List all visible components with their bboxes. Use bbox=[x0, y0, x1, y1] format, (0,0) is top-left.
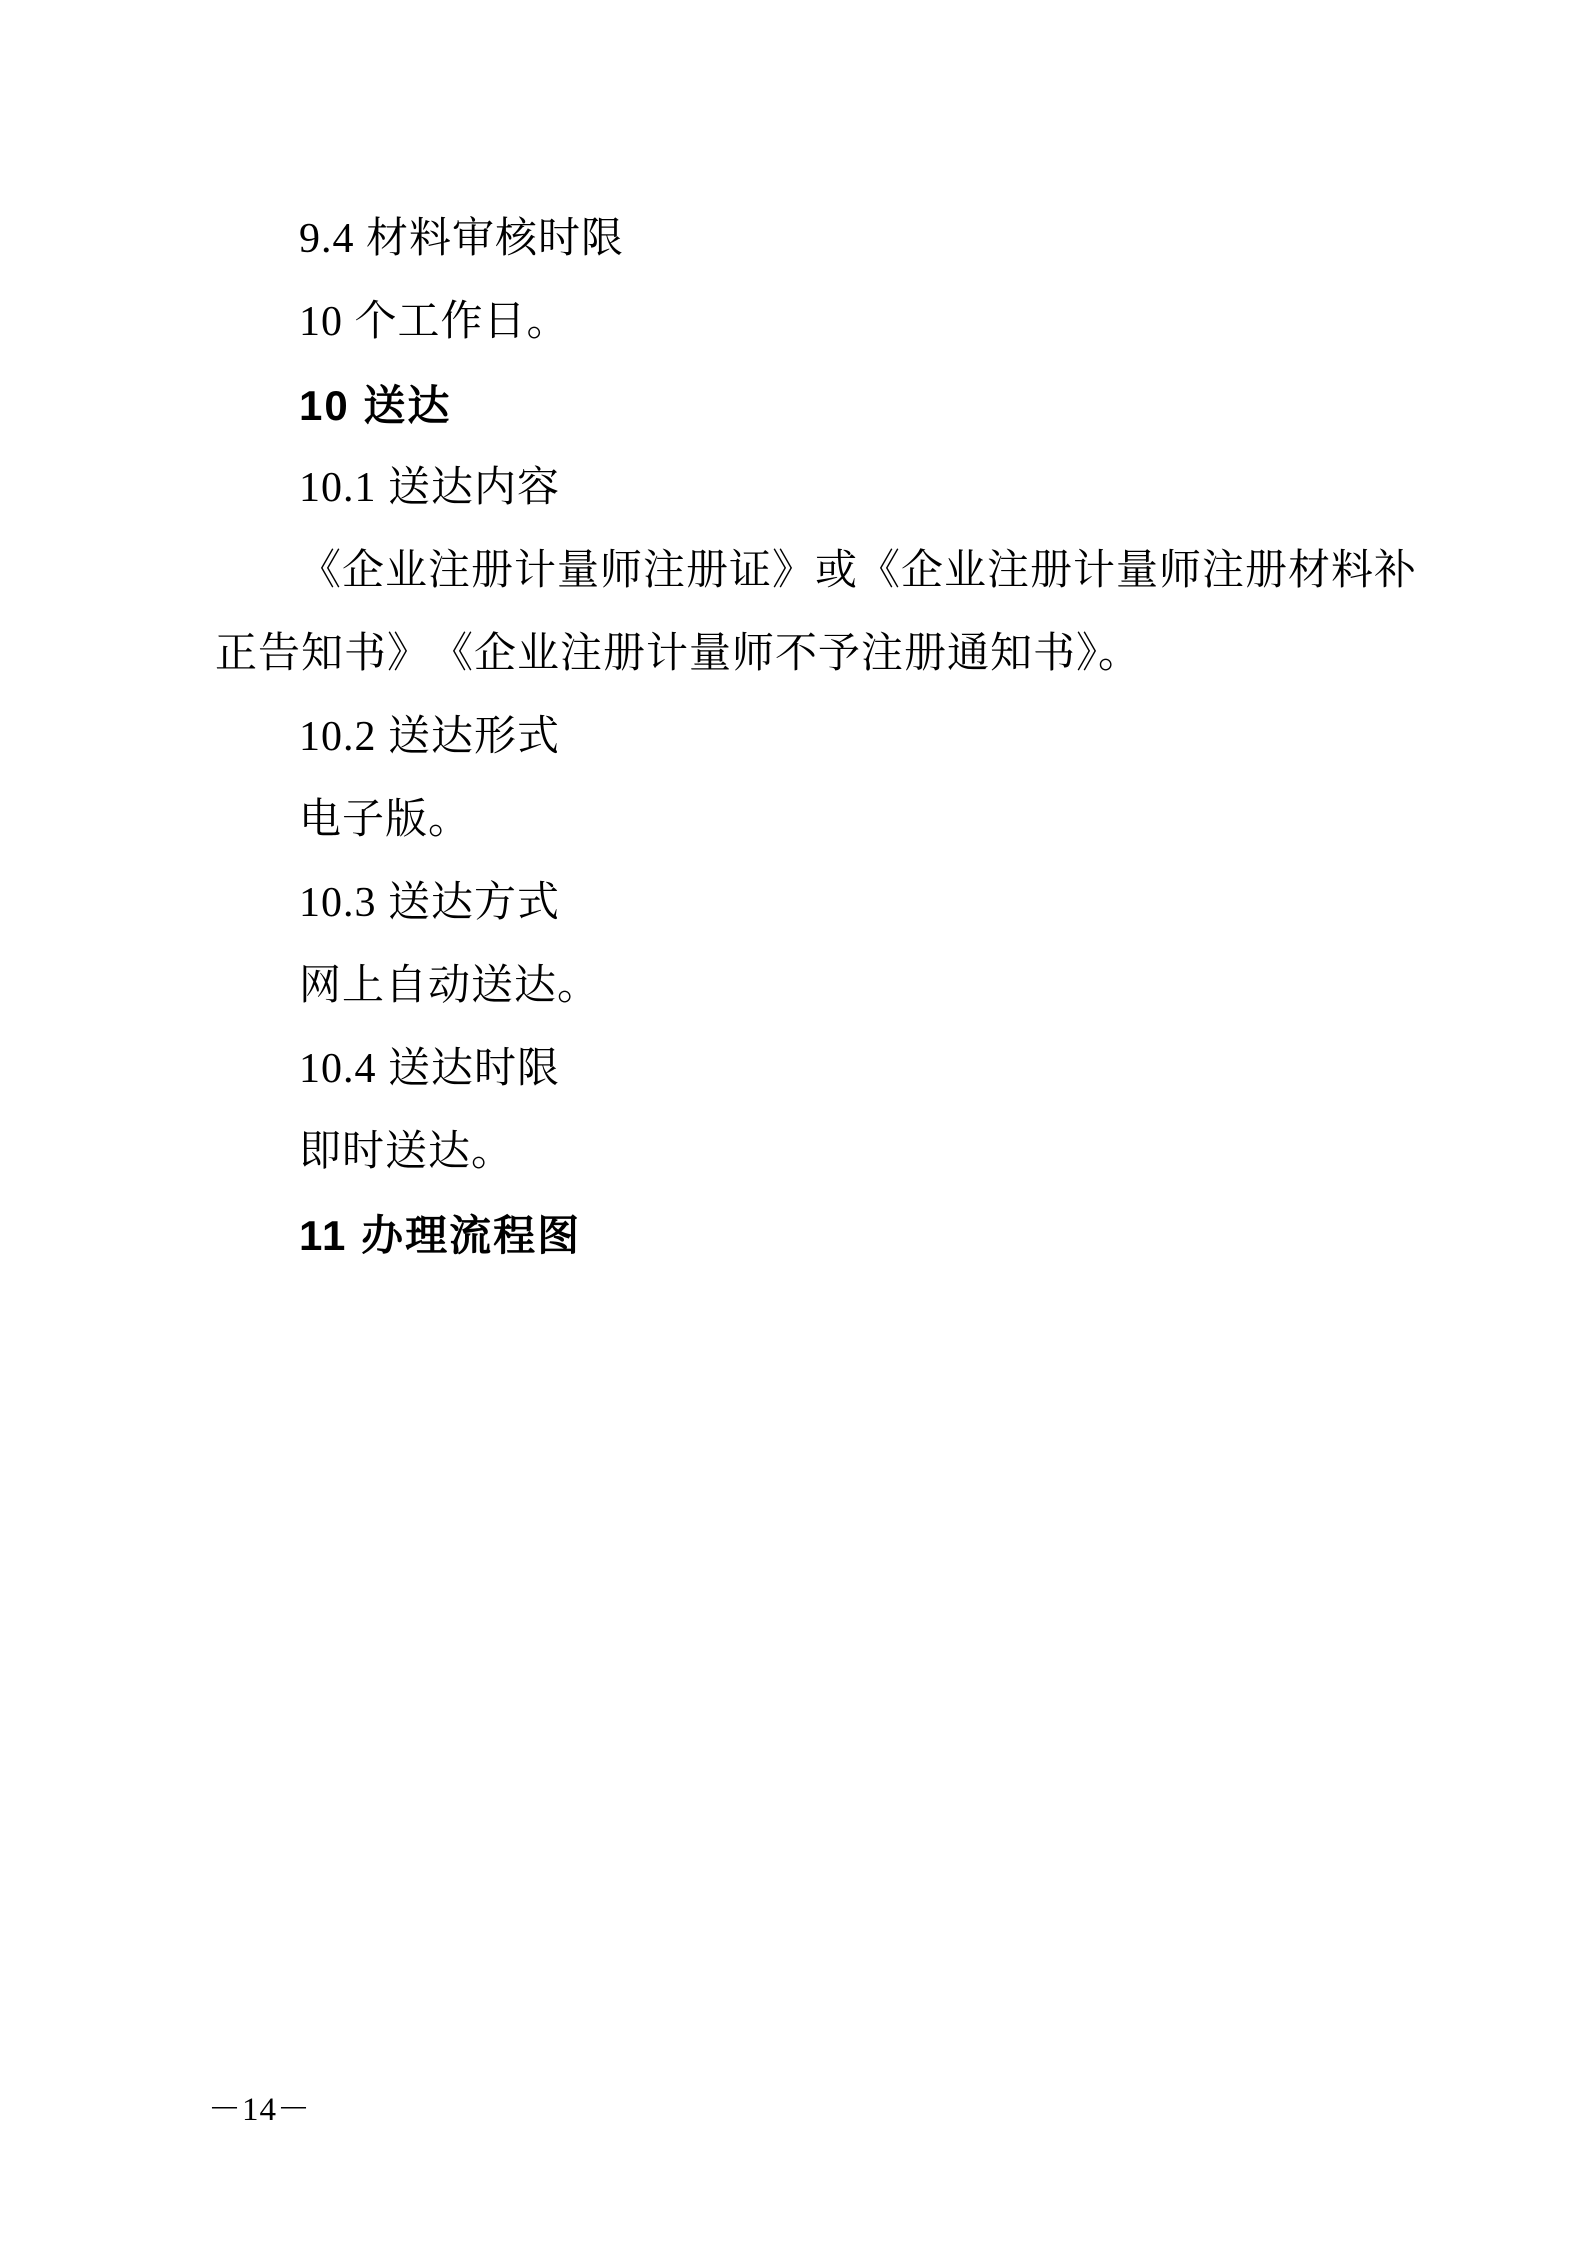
document-page: 9.4 材料审核时限 10 个工作日。 10 送达 10.1 送达内容 《企业注… bbox=[0, 0, 1587, 2245]
paragraph-line-2: 正告知书》 《企业注册计量师不予注册通知书》。 bbox=[215, 613, 1385, 696]
paragraph-line-1: 《企业注册计量师注册证》或《企业注册计量师注册材料补 bbox=[215, 530, 1385, 613]
section-9-4-body: 10 个工作日。 bbox=[215, 281, 1385, 364]
section-10-heading: 10 送达 bbox=[215, 364, 1385, 447]
section-10-2-body: 电子版。 bbox=[215, 779, 1385, 862]
section-9-4-title: 9.4 材料审核时限 bbox=[215, 198, 1385, 281]
section-10-3-title: 10.3 送达方式 bbox=[215, 862, 1385, 945]
section-10-1-title: 10.1 送达内容 bbox=[215, 447, 1385, 530]
section-11-heading: 11 办理流程图 bbox=[215, 1194, 1385, 1277]
section-10-4-body: 即时送达。 bbox=[215, 1111, 1385, 1194]
section-10-2-title: 10.2 送达形式 bbox=[215, 696, 1385, 779]
page-number: －14－ bbox=[208, 2088, 311, 2132]
document-body: 9.4 材料审核时限 10 个工作日。 10 送达 10.1 送达内容 《企业注… bbox=[215, 198, 1385, 1277]
section-10-3-body: 网上自动送达。 bbox=[215, 945, 1385, 1028]
section-10-4-title: 10.4 送达时限 bbox=[215, 1028, 1385, 1111]
